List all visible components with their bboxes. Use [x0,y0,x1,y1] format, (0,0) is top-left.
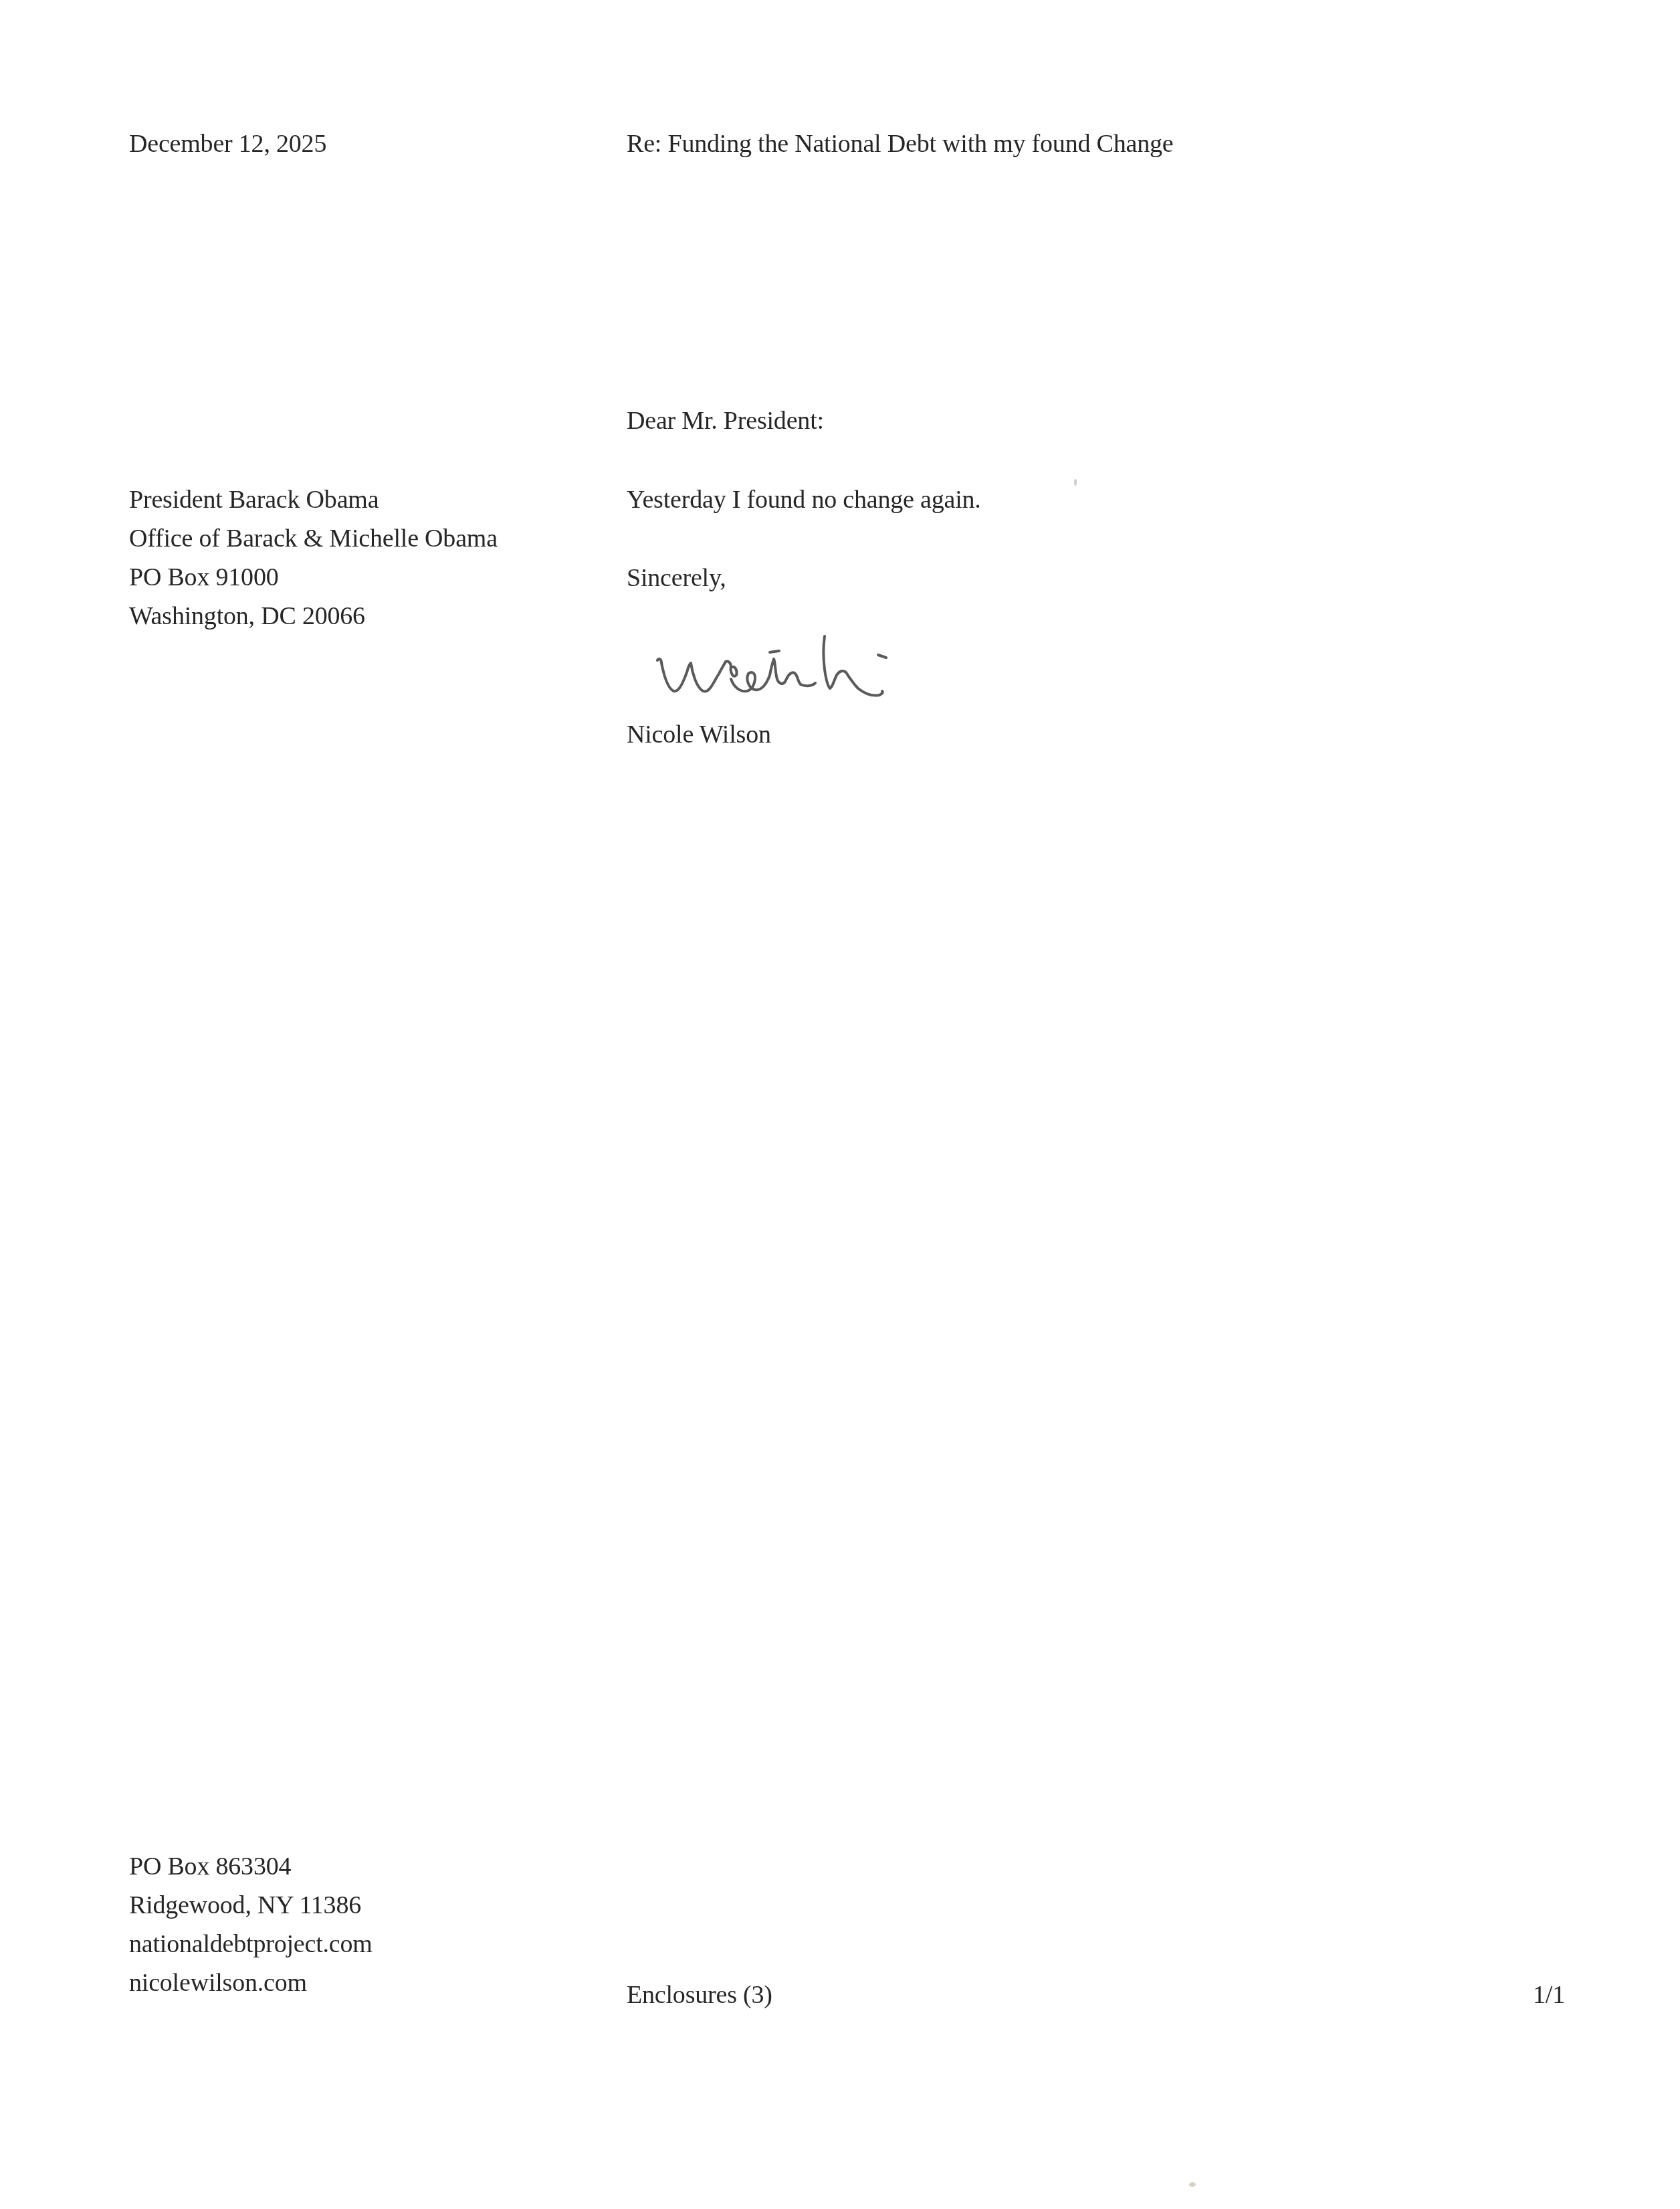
signature-icon [652,632,933,706]
recipient-office: Office of Barack & Michelle Obama [129,519,498,558]
letter-date: December 12, 2025 [129,124,326,163]
enclosures-note: Enclosures (3) [627,1976,772,2014]
sender-personal-website-link[interactable]: nicolewilson.com [129,1963,373,2002]
scan-speck [1074,479,1077,486]
letter-page: December 12, 2025 Re: Funding the Nation… [0,0,1680,2209]
salutation: Dear Mr. President: [627,401,824,440]
scan-speck [1189,2182,1196,2187]
page-number: 1/1 [1533,1976,1565,2014]
sender-city-state-zip: Ridgewood, NY 11386 [129,1886,373,1925]
recipient-name: President Barack Obama [129,480,498,519]
recipient-city-state-zip: Washington, DC 20066 [129,597,498,636]
sender-po-box: PO Box 863304 [129,1847,373,1886]
signer-name: Nicole Wilson [627,715,771,754]
recipient-po-box: PO Box 91000 [129,558,498,597]
recipient-address: President Barack Obama Office of Barack … [129,480,498,636]
letter-subject: Re: Funding the National Debt with my fo… [627,124,1173,163]
sender-address: PO Box 863304 Ridgewood, NY 11386 nation… [129,1847,373,2002]
sender-website-link[interactable]: nationaldebtproject.com [129,1925,373,1963]
letter-body: Yesterday I found no change again. [627,480,981,519]
closing: Sincerely, [627,559,726,597]
